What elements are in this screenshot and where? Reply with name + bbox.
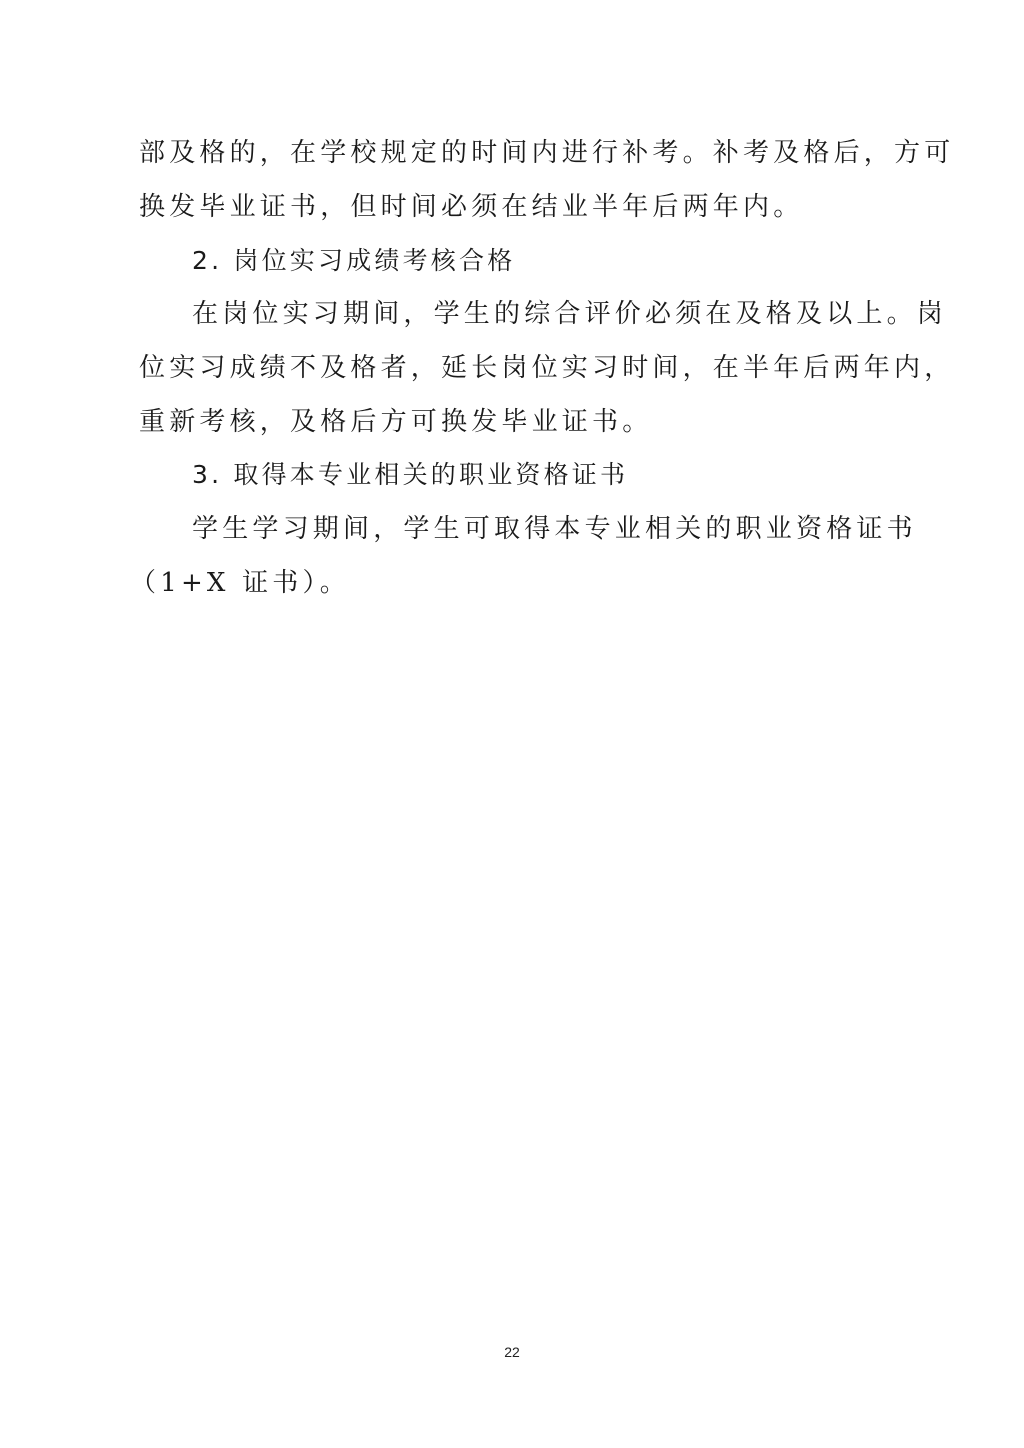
paragraph-line: 学生学习期间，学生可取得本专业相关的职业资格证书: [192, 513, 887, 545]
section-heading-3: 3. 取得本专业相关的职业资格证书: [192, 459, 887, 491]
section-heading-2: 2. 岗位实习成绩考核合格: [192, 245, 887, 277]
document-page: 部及格的，在学校规定的时间内进行补考。补考及格后，方可 换发毕业证书，但时间必须…: [0, 0, 1024, 1448]
page-number: 22: [0, 1344, 1024, 1360]
paragraph-line: （1+X 证书）。: [130, 567, 878, 599]
paragraph-line: 部及格的，在学校规定的时间内进行补考。补考及格后，方可: [139, 137, 887, 169]
paragraph-line: 位实习成绩不及格者，延长岗位实习时间，在半年后两年内，: [139, 352, 887, 384]
paragraph-line: 重新考核，及格后方可换发毕业证书。: [139, 406, 887, 438]
paragraph-line: 换发毕业证书，但时间必须在结业半年后两年内。: [139, 191, 887, 223]
paragraph-line: 在岗位实习期间，学生的综合评价必须在及格及以上。岗: [192, 298, 887, 330]
